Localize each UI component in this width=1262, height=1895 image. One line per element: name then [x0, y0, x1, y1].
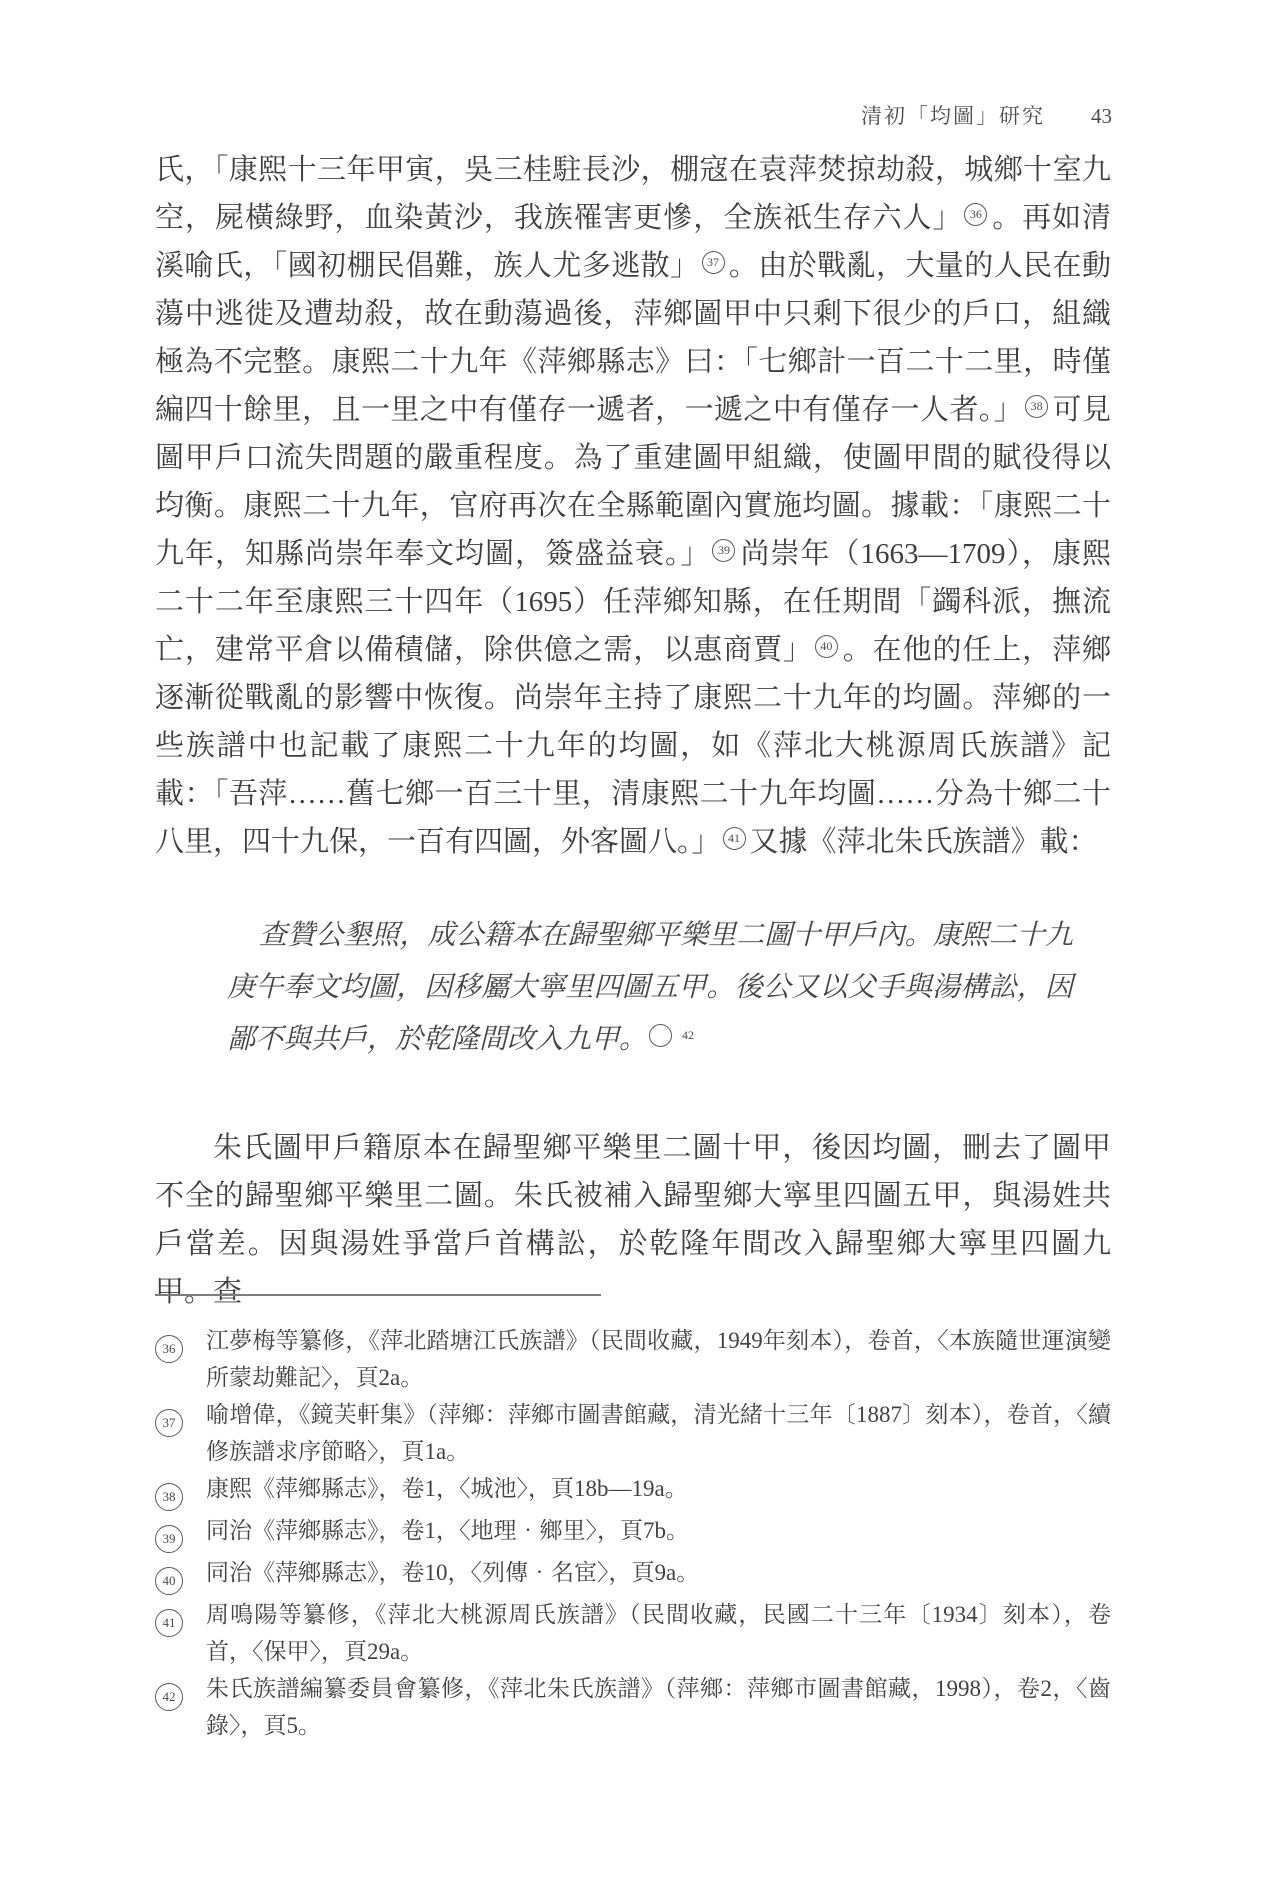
running-header: 清初「均圖」研究 43 — [861, 100, 1112, 130]
footnote-number: 39 — [155, 1512, 206, 1554]
main-text-block: 氏，「康熙十三年甲寅，吳三桂駐長沙，棚寇在袁萍焚掠劫殺，城鄉十室九空，屍橫綠野，… — [155, 146, 1111, 1316]
paragraph-1: 氏，「康熙十三年甲寅，吳三桂駐長沙，棚寇在袁萍焚掠劫殺，城鄉十室九空，屍橫綠野，… — [155, 146, 1111, 866]
footnote-ref-42: 42 — [649, 1024, 672, 1047]
footnote-number: 37 — [155, 1396, 206, 1438]
footnote-ref-40: 40 — [815, 635, 838, 658]
footnote-42: 42 朱氏族譜編纂委員會纂修，《萍北朱氏族譜》（萍鄉：萍鄉市圖書館藏，1998）… — [155, 1670, 1111, 1744]
footnote-text: 康熙《萍鄉縣志》，卷1，〈城池〉，頁18b—19a。 — [206, 1470, 1111, 1507]
footnote-text: 同治《萍鄉縣志》，卷10，〈列傳‧名宦〉，頁9a。 — [206, 1554, 1111, 1591]
running-header-title: 清初「均圖」研究 — [861, 100, 1045, 130]
footnote-37: 37 喻增偉，《鏡芙軒集》（萍鄉：萍鄉市圖書館藏，清光緒十三年〔1887〕刻本）… — [155, 1396, 1111, 1470]
body-text: 。在他的任上，萍鄉逐漸從戰亂的影響中恢復。尚崇年主持了康熙二十九年的均圖。萍鄉的… — [155, 634, 1111, 858]
footnote-text: 江夢梅等纂修，《萍北踏塘江氏族譜》（民間收藏，1949年刻本），卷首，〈本族隨世… — [206, 1322, 1111, 1396]
footnote-number: 40 — [155, 1554, 206, 1596]
footnote-number: 38 — [155, 1470, 206, 1512]
paragraph-2: 朱氏圖甲戶籍原本在歸聖鄉平樂里二圖十甲，後因均圖，刪去了圖甲不全的歸聖鄉平樂里二… — [155, 1124, 1111, 1316]
footnote-number: 36 — [155, 1322, 206, 1364]
footnote-39: 39 同治《萍鄉縣志》，卷1，〈地理‧鄉里〉，頁7b。 — [155, 1512, 1111, 1554]
body-text: 朱氏圖甲戶籍原本在歸聖鄉平樂里二圖十甲，後因均圖，刪去了圖甲不全的歸聖鄉平樂里二… — [155, 1132, 1111, 1308]
footnote-number: 42 — [155, 1670, 206, 1712]
footnote-36: 36 江夢梅等纂修，《萍北踏塘江氏族譜》（民間收藏，1949年刻本），卷首，〈本… — [155, 1322, 1111, 1396]
footnote-text: 喻增偉，《鏡芙軒集》（萍鄉：萍鄉市圖書館藏，清光緒十三年〔1887〕刻本），卷首… — [206, 1396, 1111, 1470]
body-text: 又據《萍北朱氏族譜》載： — [750, 826, 1098, 858]
scanned-page: 清初「均圖」研究 43 氏，「康熙十三年甲寅，吳三桂駐長沙，棚寇在袁萍焚掠劫殺，… — [0, 0, 1262, 1895]
footnote-ref-36: 36 — [964, 203, 987, 226]
page-number: 43 — [1091, 104, 1112, 129]
footnote-41: 41 周鳴陽等纂修，《萍北大桃源周氏族譜》（民間收藏，民國二十三年〔1934〕刻… — [155, 1596, 1111, 1670]
footnote-number: 41 — [155, 1596, 206, 1638]
footnote-ref-41: 41 — [723, 827, 746, 850]
block-quote: 查贊公墾照，成公籍本在歸聖鄉平樂里二圖十甲戶內。康熙二十九庚午奉文均圖，因移屬大… — [227, 910, 1073, 1066]
footnote-divider — [155, 1294, 601, 1296]
footnote-text: 同治《萍鄉縣志》，卷1，〈地理‧鄉里〉，頁7b。 — [206, 1512, 1111, 1549]
footnote-ref-37: 37 — [702, 251, 725, 274]
footnote-40: 40 同治《萍鄉縣志》，卷10，〈列傳‧名宦〉，頁9a。 — [155, 1554, 1111, 1596]
footnote-ref-39: 39 — [712, 539, 735, 562]
footnote-38: 38 康熙《萍鄉縣志》，卷1，〈城池〉，頁18b—19a。 — [155, 1470, 1111, 1512]
footnotes-section: 36 江夢梅等纂修，《萍北踏塘江氏族譜》（民間收藏，1949年刻本），卷首，〈本… — [155, 1294, 1111, 1744]
footnote-text: 周鳴陽等纂修，《萍北大桃源周氏族譜》（民間收藏，民國二十三年〔1934〕刻本），… — [206, 1596, 1111, 1670]
footnote-text: 朱氏族譜編纂委員會纂修，《萍北朱氏族譜》（萍鄉：萍鄉市圖書館藏，1998），卷2… — [206, 1670, 1111, 1744]
footnote-ref-38: 38 — [1025, 395, 1048, 418]
